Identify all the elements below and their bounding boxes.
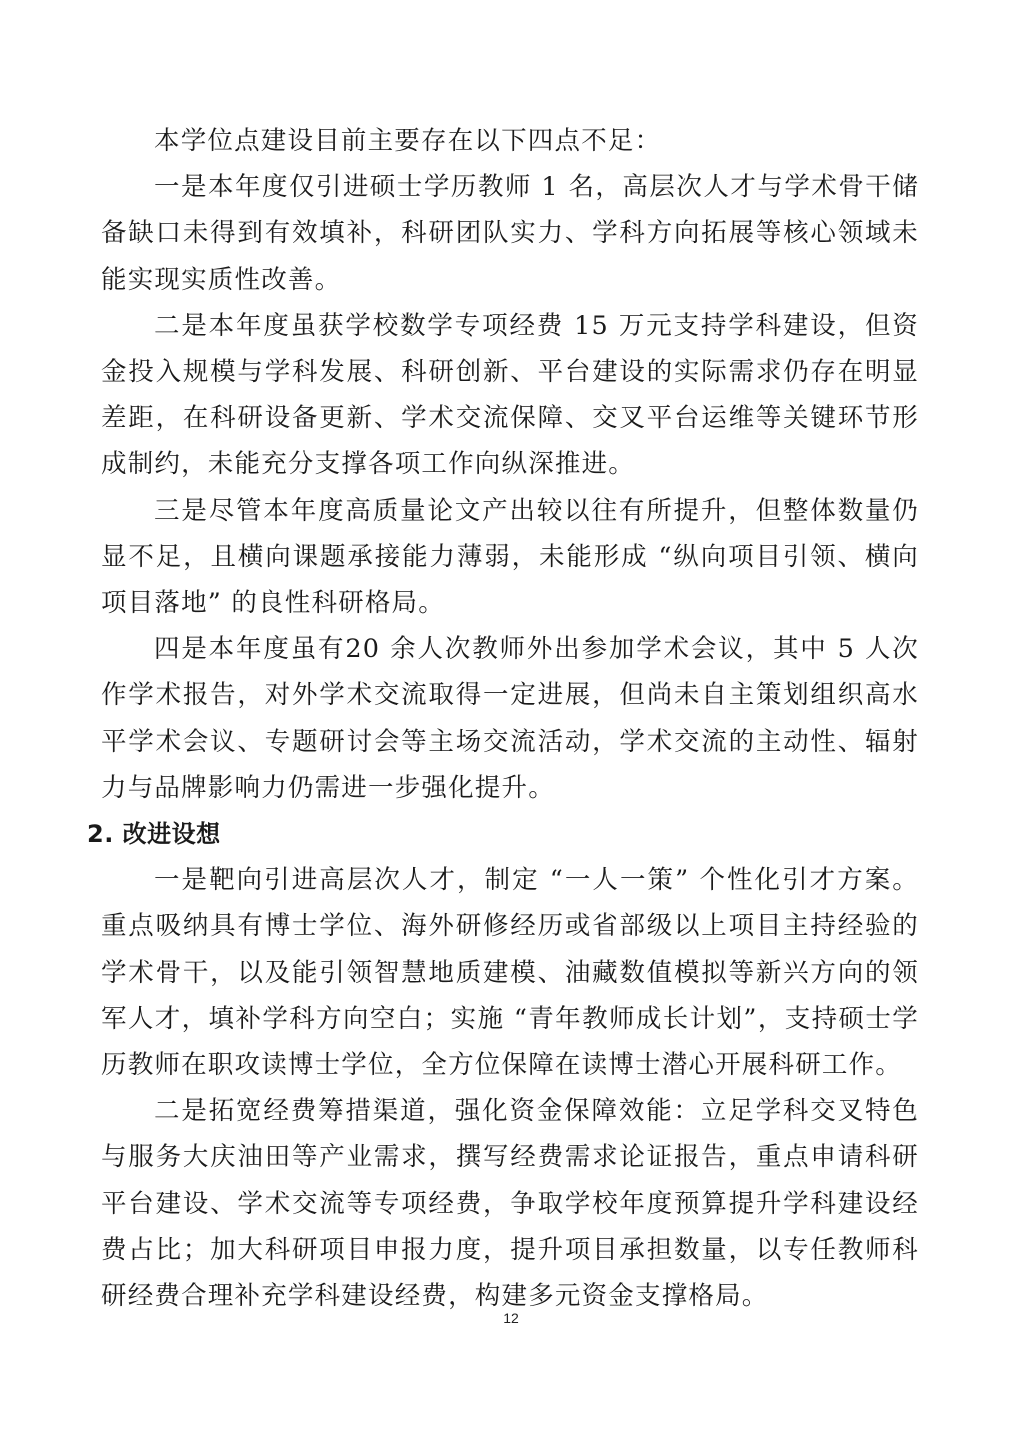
document-page: 本学位点建设目前主要存在以下四点不足： 一是本年度仅引进硕士学历教师 1 名，高…	[101, 118, 919, 1319]
page-number: 12	[0, 1310, 1022, 1326]
shortcoming-paragraph-4: 四是本年度虽有20 余人次教师外出参加学术会议，其中 5 人次作学术报告，对外学…	[101, 626, 919, 811]
improvement-paragraph-2: 二是拓宽经费筹措渠道，强化资金保障效能：立足学科交叉特色与服务大庆油田等产业需求…	[101, 1088, 919, 1319]
shortcoming-paragraph-1: 一是本年度仅引进硕士学历教师 1 名，高层次人才与学术骨干储备缺口未得到有效填补…	[101, 164, 919, 303]
shortcoming-paragraph-3: 三是尽管本年度高质量论文产出较以往有所提升，但整体数量仍显不足，且横向课题承接能…	[101, 488, 919, 627]
section-heading: 2. 改进设想	[87, 811, 919, 857]
improvement-paragraph-1: 一是靶向引进高层次人才，制定 “一人一策” 个性化引才方案。重点吸纳具有博士学位…	[101, 857, 919, 1088]
shortcoming-paragraph-2: 二是本年度虽获学校数学专项经费 15 万元支持学科建设，但资金投入规模与学科发展…	[101, 303, 919, 488]
intro-paragraph: 本学位点建设目前主要存在以下四点不足：	[101, 118, 919, 164]
